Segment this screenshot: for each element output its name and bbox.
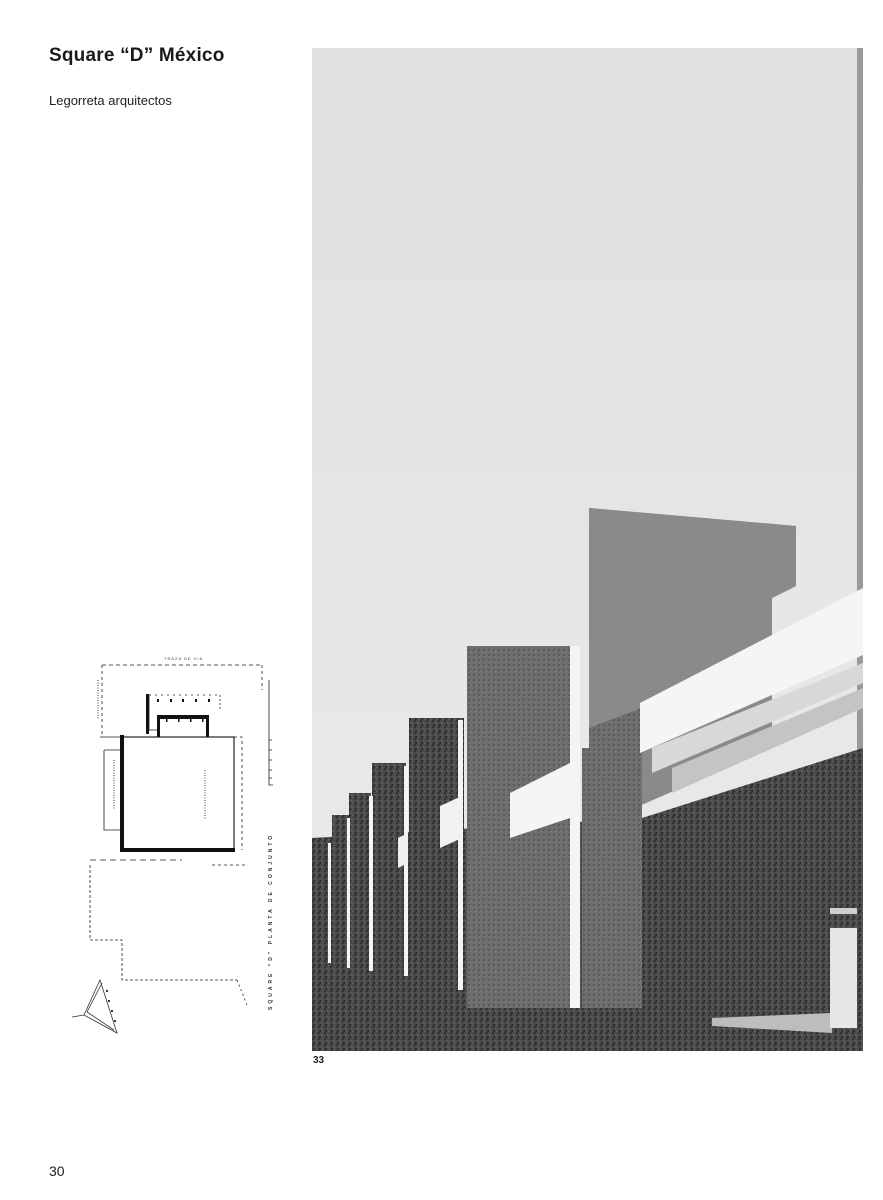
page-number: 30 bbox=[49, 1163, 65, 1179]
figure-number: 33 bbox=[313, 1055, 324, 1066]
page-title: Square “D” México bbox=[49, 45, 225, 67]
site-plan-drawing: TRAZA DE VIA bbox=[62, 650, 292, 1040]
plan-top-label: TRAZA DE VIA bbox=[164, 656, 203, 661]
figure-photo bbox=[312, 48, 863, 1051]
architect-credit: Legorreta arquitectos bbox=[49, 93, 172, 108]
site-plan-svg bbox=[62, 650, 292, 1040]
plan-caption: SQUARE “D” PLANTA DE CONJUNTO bbox=[268, 833, 274, 1010]
facade-photo-svg bbox=[312, 48, 863, 1051]
